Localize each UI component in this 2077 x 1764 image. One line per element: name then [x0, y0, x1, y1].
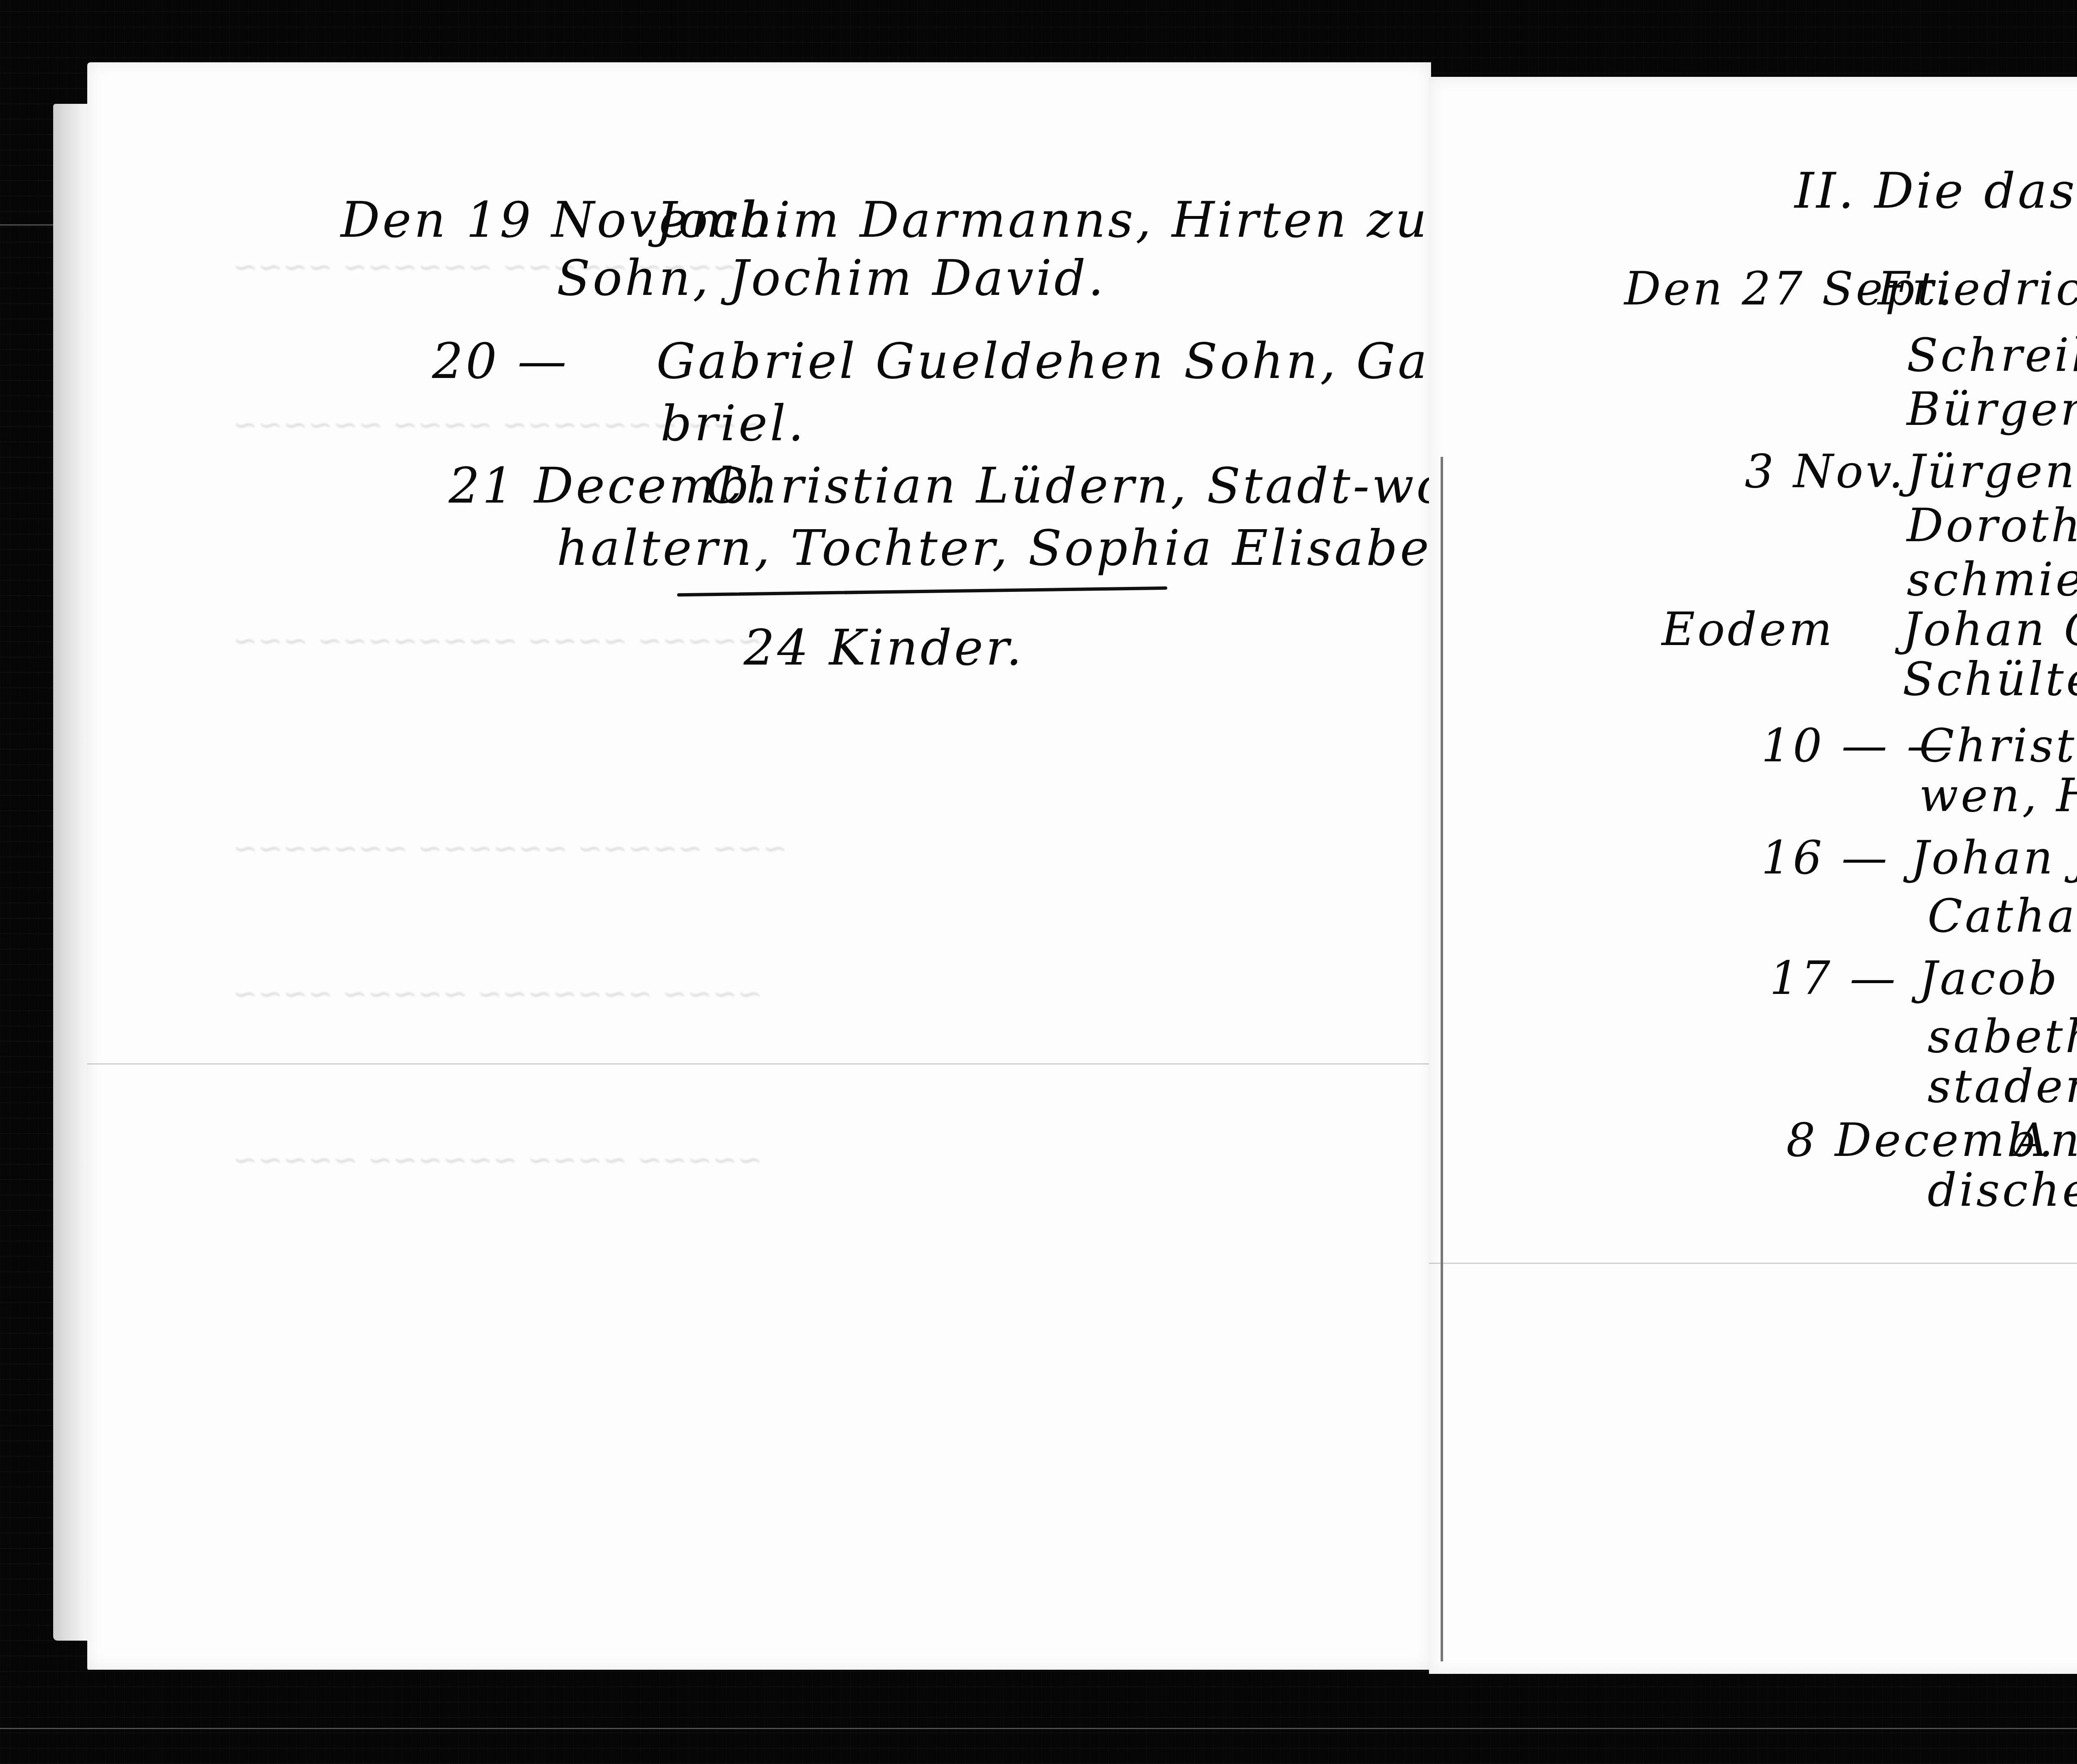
- marriage-entry-2-line2: Dorothea Kampzen, Jacob Krögers Grob-: [1907, 503, 2077, 548]
- fold-crease: [1429, 1263, 2077, 1264]
- marriage-entry-3-date: Eodem: [1662, 606, 1834, 652]
- marriage-entry-1-line1: Friedrich Justus, gewesener Ambt-: [1878, 266, 2077, 312]
- bleed-through-text: ~~~~ ~~~~~~~ ~~~~~ ~~~~: [233, 976, 762, 1011]
- marriage-entry-5-date: 16 —: [1761, 835, 1890, 881]
- marriage-entry-2-line3: schmieds wittwe.: [1907, 557, 2077, 602]
- marriage-entry-6-line1: Jacob Georcke, Becker, und Maria Eli-: [1919, 955, 2077, 1001]
- marriage-entry-2-line1: Jürgen Hildebrand, Grobschmid, und: [1907, 449, 2077, 494]
- marriage-entry-1-line2: Schreiber, und Ilsabe Stollen, Seligen: [1907, 332, 2077, 378]
- baptism-entry-1-line2: Sohn, Jochim David.: [557, 253, 1106, 302]
- bleed-through-text: ~~~~~ ~~~~ ~~~~~~~~ ~~~: [233, 623, 762, 658]
- baptism-entry-3-line1: Christian Lüdern, Stadt-wort-: [706, 461, 1515, 510]
- marriage-entry-6-date: 17 —: [1770, 955, 1898, 1001]
- marriage-entry-5-line1: Johan Jochim Kobow, Leinweber, und: [1911, 835, 2077, 881]
- baptism-total: 24 Kinder.: [744, 623, 1024, 672]
- marriage-entry-6-line2: sabeth Schaften, Sel. Christian Middel-: [1927, 1013, 2077, 1059]
- marriage-entry-4-line2: wen, Hinrichs Schusters Tochter.: [1919, 773, 2077, 818]
- marriage-entry-3-line2: Schülten, beyde von Karnitz.: [1903, 656, 2077, 702]
- marriage-entry-1-line3: Bürgerm. Daniel Weinholtzen wittwe.: [1907, 386, 2077, 432]
- marriage-entry-7-line2: discher Corporal, und Maria Elis. Jonson…: [1927, 1167, 2077, 1213]
- marriage-entry-5-line2: Catharina Sophia Strisowen.: [1927, 893, 2077, 939]
- marriage-section-heading: II. Die daselbst 1713. Copulirte.: [1795, 166, 2077, 215]
- marriage-entry-2-date: 3 Nov.: [1745, 449, 1905, 494]
- marriage-entry-7-line1: Anton Tonagel, ein abgedanckter Schwe-: [2015, 1117, 2077, 1163]
- baptism-entry-2-date: 20 —: [432, 336, 569, 385]
- scan-artifact-line: [0, 1728, 2077, 1729]
- bleed-through-text: ~~~~~ ~~~~ ~~~~~~ ~~~~~: [233, 1142, 762, 1177]
- baptism-entry-2-line2: briel.: [660, 399, 806, 448]
- baptism-entry-3-line2: haltern, Tochter, Sophia Elisabeth.: [557, 523, 1506, 572]
- bleed-through-text: ~~~ ~~~~~ ~~~~~~ ~~~~~~~: [233, 831, 788, 866]
- page-margin-line: [1441, 457, 1443, 1661]
- fold-crease: [87, 1063, 1431, 1065]
- marriage-entry-3-line1: Johan Christoff Lückstad, und Sophia: [1903, 606, 2077, 652]
- marriage-entry-4-line1: Christoff Rost, und Maria Grabo-: [1919, 723, 2077, 768]
- baptism-entry-2-line1: Gabriel Gueldehen Sohn, Ga-: [656, 336, 1448, 385]
- marriage-entry-6-line3: staden, Ambts-Schützen, wittwe.: [1927, 1063, 2077, 1109]
